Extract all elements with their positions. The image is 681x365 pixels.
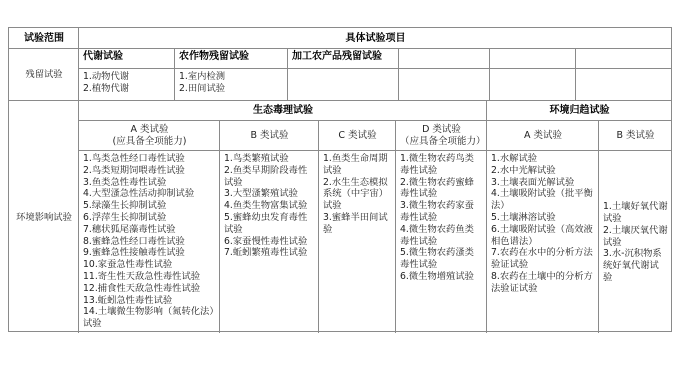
residue-col-header-empty-2 <box>490 49 576 69</box>
residue-header-row: 代谢试验 农作物残留试验 加工农产品残留试验 <box>79 49 671 69</box>
ecotox-class-a-header: A 类试验 (应具备全项能力) <box>79 121 220 151</box>
ecotox-group-header: 生态毒理试验 <box>79 101 487 121</box>
ecotox-class-a-subtitle: (应具备全项能力) <box>113 136 187 148</box>
residue-col-header-empty-1 <box>399 49 490 69</box>
ecotox-class-b-title: B 类试验 <box>250 130 288 142</box>
ecotox-class-c-header: C 类试验 <box>319 121 396 151</box>
residue-col-header-processed: 加工农产品残留试验 <box>288 49 399 69</box>
page: 试验范围 具体试验项目 残留试验 代谢试验 农作物残留试验 加工农产品残留试验 … <box>0 0 681 365</box>
environment-group-header-row: 生态毒理试验 环境归趋试验 <box>79 101 671 121</box>
environment-row-label: 环境影响试验 <box>9 101 79 333</box>
fate-class-b-header: B 类试验 <box>599 121 671 151</box>
residue-col-header-empty-3 <box>576 49 671 69</box>
fate-class-b-title: B 类试验 <box>616 130 654 142</box>
residue-processed-items <box>288 69 399 101</box>
fate-group-header: 环境归趋试验 <box>487 101 671 121</box>
ecotox-class-c-title: C 类试验 <box>338 130 376 142</box>
ecotox-class-d-header: D 类试验 （应具备全项能力） <box>396 121 487 151</box>
class-header-row: A 类试验 (应具备全项能力) B 类试验 C 类试验 D 类试验 （应具备全项… <box>79 121 671 151</box>
project-header-cell: 具体试验项目 <box>79 28 671 49</box>
environment-band: 环境影响试验 生态毒理试验 环境归趋试验 A 类试验 (应具备全项能力) B 类… <box>9 101 671 333</box>
scope-header-cell: 试验范围 <box>9 28 79 49</box>
test-scope-table: 试验范围 具体试验项目 残留试验 代谢试验 农作物残留试验 加工农产品残留试验 … <box>8 27 672 332</box>
ecotox-class-a-title: A 类试验 <box>130 124 168 136</box>
residue-empty-cell-3 <box>576 69 671 101</box>
class-content-row: 1.鸟类急性经口毒性试验 2.鸟类短期饲喂毒性试验 3.鱼类急性毒性试验 4.大… <box>79 151 671 333</box>
fate-class-a-title: A 类试验 <box>524 130 562 142</box>
ecotox-class-c-items: 1.鱼类生命周期试验 2.水生生态模拟系统（中宇宙）试验 3.蜜蜂半田间试验 <box>319 151 396 333</box>
ecotox-class-b-items: 1.鸟类繁殖试验 2.鱼类早期阶段毒性试验 3.大型溞繁殖试验 4.鱼类生物富集… <box>220 151 319 333</box>
ecotox-class-d-subtitle: （应具备全项能力） <box>400 136 483 148</box>
ecotox-class-a-items: 1.鸟类急性经口毒性试验 2.鸟类短期饲喂毒性试验 3.鱼类急性毒性试验 4.大… <box>79 151 220 333</box>
top-header-row: 试验范围 具体试验项目 <box>9 28 671 49</box>
residue-band: 残留试验 代谢试验 农作物残留试验 加工农产品残留试验 1.动物代谢 2.植物代… <box>9 49 671 101</box>
ecotox-class-d-items: 1.微生物农药鸟类毒性试验 2.微生物农药蜜蜂毒性试验 3.微生物农药家蚕毒性试… <box>396 151 487 333</box>
residue-sub: 代谢试验 农作物残留试验 加工农产品残留试验 1.动物代谢 2.植物代谢 1.室… <box>79 49 671 101</box>
environment-sub: 生态毒理试验 环境归趋试验 A 类试验 (应具备全项能力) B 类试验 C 类试… <box>79 101 671 333</box>
residue-crop-items: 1.室内检测 2.田间试验 <box>175 69 288 101</box>
residue-metabolism-items: 1.动物代谢 2.植物代谢 <box>79 69 175 101</box>
residue-content-row: 1.动物代谢 2.植物代谢 1.室内检测 2.田间试验 <box>79 69 671 101</box>
ecotox-class-d-title: D 类试验 <box>422 124 461 136</box>
fate-class-a-items: 1.水解试验 2.水中光解试验 3.土壤表面光解试验 4.土壤吸附试验（批平衡法… <box>487 151 599 333</box>
residue-col-header-metabolism: 代谢试验 <box>79 49 175 69</box>
fate-class-b-items: 1.土壤好氧代谢试验 2.土壤厌氧代谢试验 3.水-沉积物系统好氧代谢试验 <box>599 151 671 333</box>
residue-col-header-crop: 农作物残留试验 <box>175 49 288 69</box>
residue-row-label: 残留试验 <box>9 49 79 101</box>
residue-empty-cell-2 <box>490 69 576 101</box>
fate-class-a-header: A 类试验 <box>487 121 599 151</box>
residue-empty-cell-1 <box>399 69 490 101</box>
ecotox-class-b-header: B 类试验 <box>220 121 319 151</box>
